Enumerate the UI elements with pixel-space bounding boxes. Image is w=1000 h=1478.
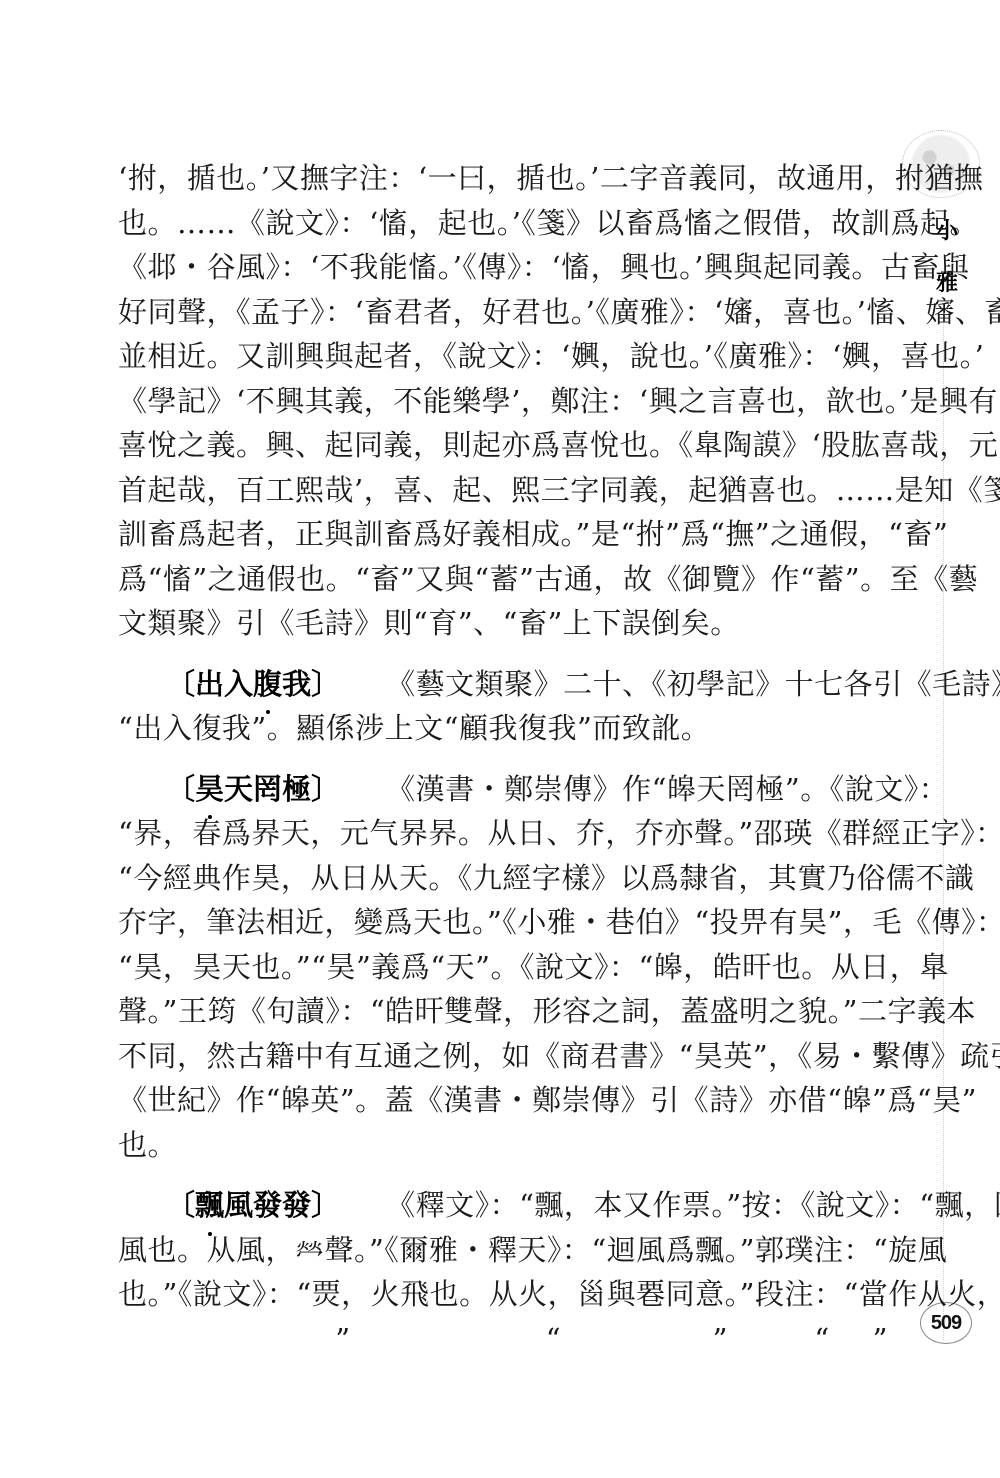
text-line: 也。”《說文》：“㶾，火飛也。从火，𡿺與䙴同意。”段注：“當作从火， (118, 1272, 888, 1317)
entry-chu-ru-fu-wo: 〔出入腹我〕《藝文類聚》二十、《初學記》十七各引《毛詩》 “出入復我”。顯係涉上… (118, 662, 888, 751)
text-line: 風也。从風，𤇾聲。”《爾雅・釋天》：“迴風爲飄。”郭璞注：“旋風 (118, 1228, 888, 1273)
book-page: 小 雅 509 ‘拊，揗也。’又撫字注：‘一曰，揗也。’二字音義同，故通用，拊猶… (0, 0, 1000, 1478)
emphasis-dot: 昊 (195, 767, 224, 812)
entry-piao-feng-fa-fa: 〔飄風發發〕《釋文》：“飄，本又作票。”按：《說文》：“飄，回 風也。从風，𤇾聲… (118, 1183, 888, 1361)
entry-first-line: 〔出入腹我〕《藝文類聚》二十、《初學記》十七各引《毛詩》 (118, 662, 888, 707)
text-line: 也。 (118, 1123, 888, 1168)
text-line: 《世紀》作“皞英”。蓋《漢書・鄭崇傳》引《詩》亦借“皞”爲“昊” (118, 1078, 888, 1123)
emphasis-dot: 飄 (195, 1183, 224, 1228)
text-line: 文類聚》引《毛詩》則“育”、“畜”上下誤倒矣。 (118, 601, 888, 646)
main-text: ‘拊，揗也。’又撫字注：‘一曰，揗也。’二字音義同，故通用，拊猶撫 也。……《說… (118, 156, 888, 1361)
text-line: 𤐫省，蓋省廾爲一也。”《集韻・笑韻》：“票，勁疾貌。”是知作“票” (118, 1317, 888, 1362)
text-line: “昦，春爲昦天，元气昦昦。从日、夰，夰亦聲。”邵瑛《群經正字》： (118, 811, 888, 856)
headword: 〔出入腹我〕 (166, 662, 340, 707)
text-line: 夰字，筆法相近，變爲天也。”《小雅・巷伯》“投畀有昊”，毛《傳》： (118, 900, 888, 945)
headword: 〔飄風發發〕 (166, 1183, 340, 1228)
text-line: “昊，昊天也。”“昊”義爲“天”。《說文》：“皞，皓旰也。从日，臯 (118, 945, 888, 990)
text-line: 首起哉，百工熙哉’，喜、起、熙三字同義，起猶喜也。……是知《箋》 (118, 468, 888, 513)
text-line: “出入復我”。顯係涉上文“顧我復我”而致訛。 (118, 706, 888, 751)
emphasis-dot: 腹 (253, 662, 282, 707)
text-line: 也。……《說文》：‘慉，起也。’《箋》以畜爲慉之假借，故訓爲起。 (118, 201, 888, 246)
text-line: 《邶・谷風》：‘不我能慉。’《傳》：‘慉，興也。’興與起同義。古畜與 (118, 245, 888, 290)
text-line: 不同，然古籍中有互通之例，如《商君書》“昊英”，《易・繫傳》疏引 (118, 1034, 888, 1079)
text-line: ‘拊，揗也。’又撫字注：‘一曰，揗也。’二字音義同，故通用，拊猶撫 (118, 156, 888, 201)
entry-first-line: 〔飄風發發〕《釋文》：“飄，本又作票。”按：《說文》：“飄，回 (118, 1183, 888, 1228)
text-line: 聲。”王筠《句讀》：“皓旰雙聲，形容之詞，蓋盛明之貌。”二字義本 (118, 989, 888, 1034)
text-line: “今經典作昊，从日从天。《九經字樣》以爲隸省，其實乃俗儒不識 (118, 856, 888, 901)
text-line: 並相近。又訓興與起者，《說文》：‘嬹，說也。’《廣雅》：‘嬹，喜也。’ (118, 334, 888, 379)
entry-first-line: 〔昊天罔極〕《漢書・鄭崇傳》作“皞天罔極”。《說文》： (118, 767, 888, 812)
text-line: 《學記》‘不興其義，不能樂學’，鄭注：‘興之言喜也，歆也。’是興有 (118, 379, 888, 424)
text-line: 喜悅之義。興、起同義，則起亦爲喜悅也。《臯陶謨》‘股肱喜哉，元 (118, 423, 888, 468)
text-line: 訓畜爲起者，正與訓畜爲好義相成。”是“拊”爲“撫”之通假，“畜” (118, 512, 888, 557)
text-line: 爲“慉”之通假也。“畜”又與“蓄”古通，故《御覽》作“蓄”。至《藝 (118, 557, 888, 602)
headword: 〔昊天罔極〕 (166, 767, 340, 812)
paragraph-continued: ‘拊，揗也。’又撫字注：‘一曰，揗也。’二字音義同，故通用，拊猶撫 也。……《說… (118, 156, 888, 646)
entry-hao-tian-wang-ji: 〔昊天罔極〕《漢書・鄭崇傳》作“皞天罔極”。《說文》： “昦，春爲昦天，元气昦昦… (118, 767, 888, 1168)
text-line: 好同聲，《孟子》：‘畜君者，好君也。’《廣雅》：‘嬸，喜也。’慉、嬸、畜 (118, 290, 888, 335)
